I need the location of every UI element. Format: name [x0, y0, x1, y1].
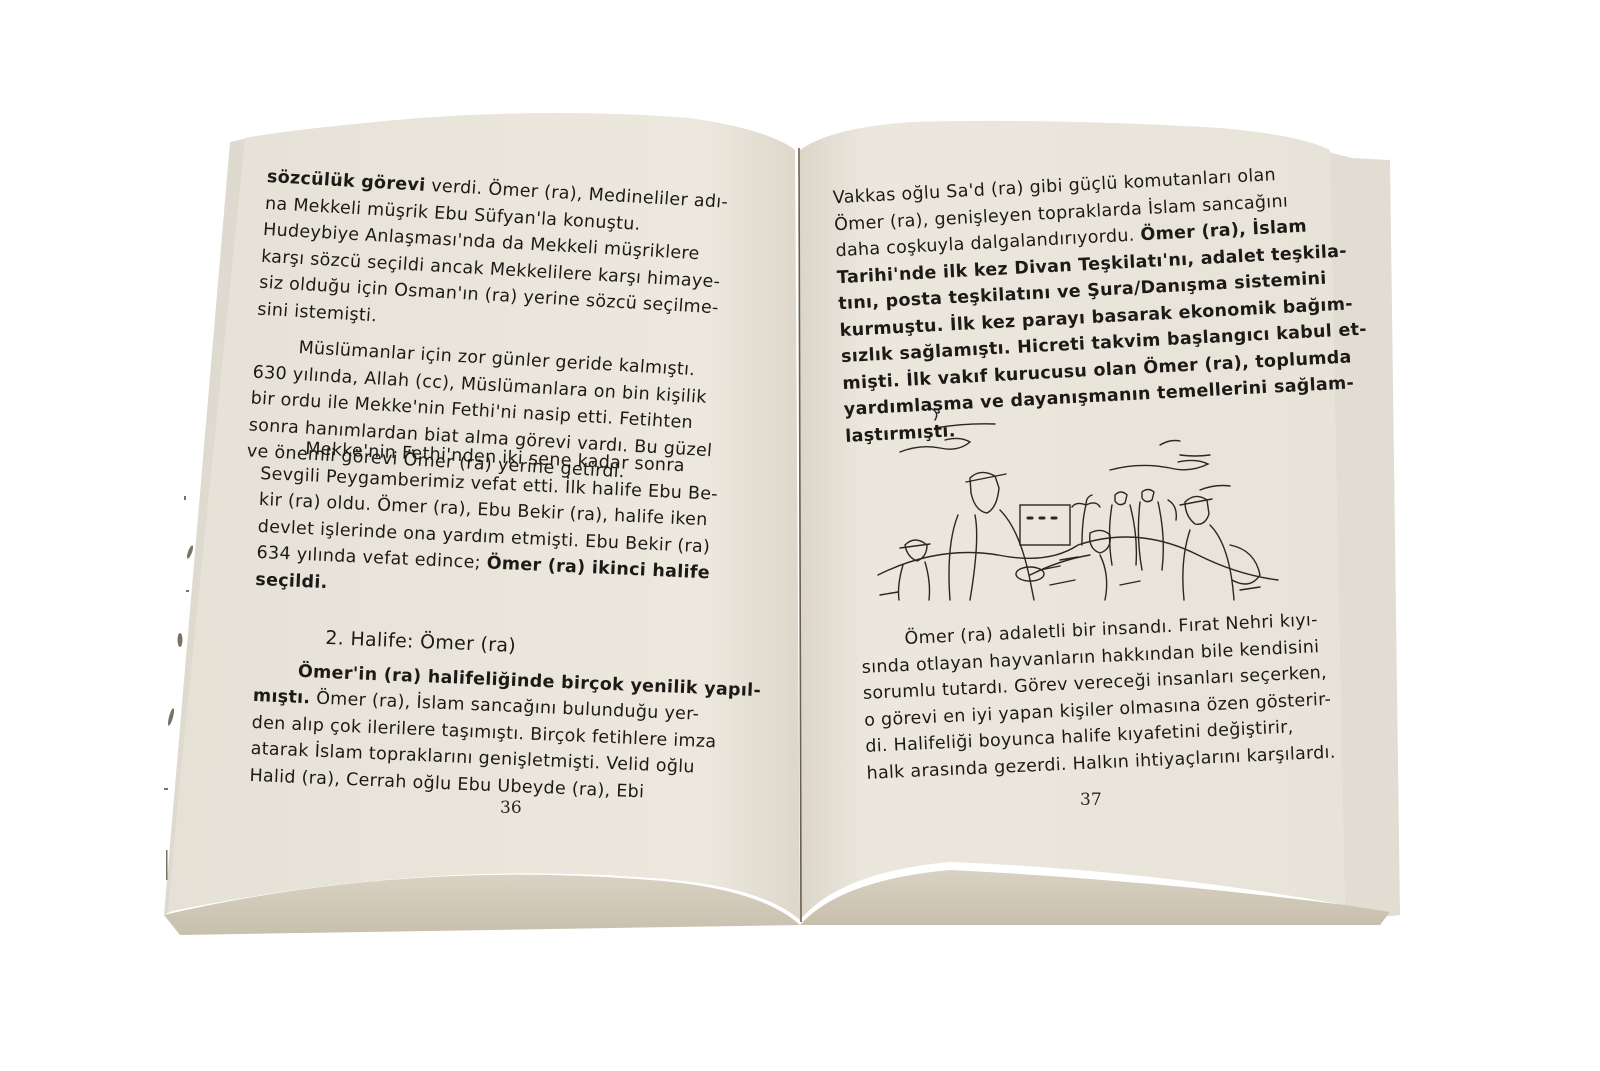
left-page-paragraph-3: Mekke'nin Fethi'nden iki sene kadar sonr… — [255, 434, 762, 616]
right-page-paragraph-1: Vakkas oğlu Sa'd (ra) gibi güçlü komutan… — [832, 161, 1305, 450]
bold-phrase: laştırmıştı. — [845, 421, 956, 447]
right-page-paragraph-2: Ömer (ra) adaletli bir insandı. Fırat Ne… — [860, 607, 1327, 787]
page-number-left: 36 — [500, 798, 522, 818]
bold-phrase: seçildi. — [255, 569, 328, 592]
left-page-section: 2. Halife: Ömer (ra) Ömer'in (ra) halife… — [249, 622, 756, 810]
book-shape — [0, 0, 1600, 1071]
bold-phrase: mıştı. — [252, 686, 310, 708]
open-book-photo: sözcülük görevi verdi. Ömer (ra), Medine… — [0, 0, 1600, 1071]
page-number-right: 37 — [1080, 790, 1102, 810]
